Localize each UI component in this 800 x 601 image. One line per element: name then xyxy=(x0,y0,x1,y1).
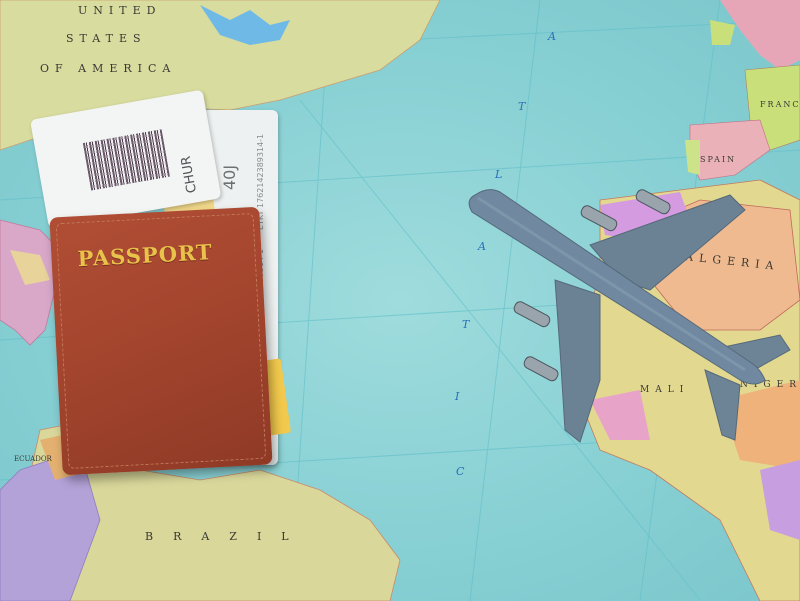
ocean-letter: I xyxy=(455,390,459,403)
ocean-letter: T xyxy=(518,100,525,113)
map-label-states: STATES xyxy=(66,32,147,45)
map-label-spain: SPAIN xyxy=(700,155,736,164)
ticket-seat: 40J xyxy=(220,165,239,190)
map-label-ecuador: ECUADOR xyxy=(14,455,52,463)
photo-scene: UNITED STATES OF AMERICA ALGERIA BRAZIL … xyxy=(0,0,800,601)
map-label-united: UNITED xyxy=(78,4,161,17)
ocean-letter: A xyxy=(548,30,556,43)
ocean-letter: C xyxy=(456,465,464,478)
toy-airplane xyxy=(460,180,800,450)
map-label-of-america: OF AMERICA xyxy=(40,62,176,75)
map-label-brazil: BRAZIL xyxy=(145,530,309,543)
passenger-name: CHUR xyxy=(179,155,200,194)
passport: PASSPORT xyxy=(49,207,272,476)
map-label-france: FRANCE xyxy=(760,100,800,109)
barcode xyxy=(83,129,170,190)
